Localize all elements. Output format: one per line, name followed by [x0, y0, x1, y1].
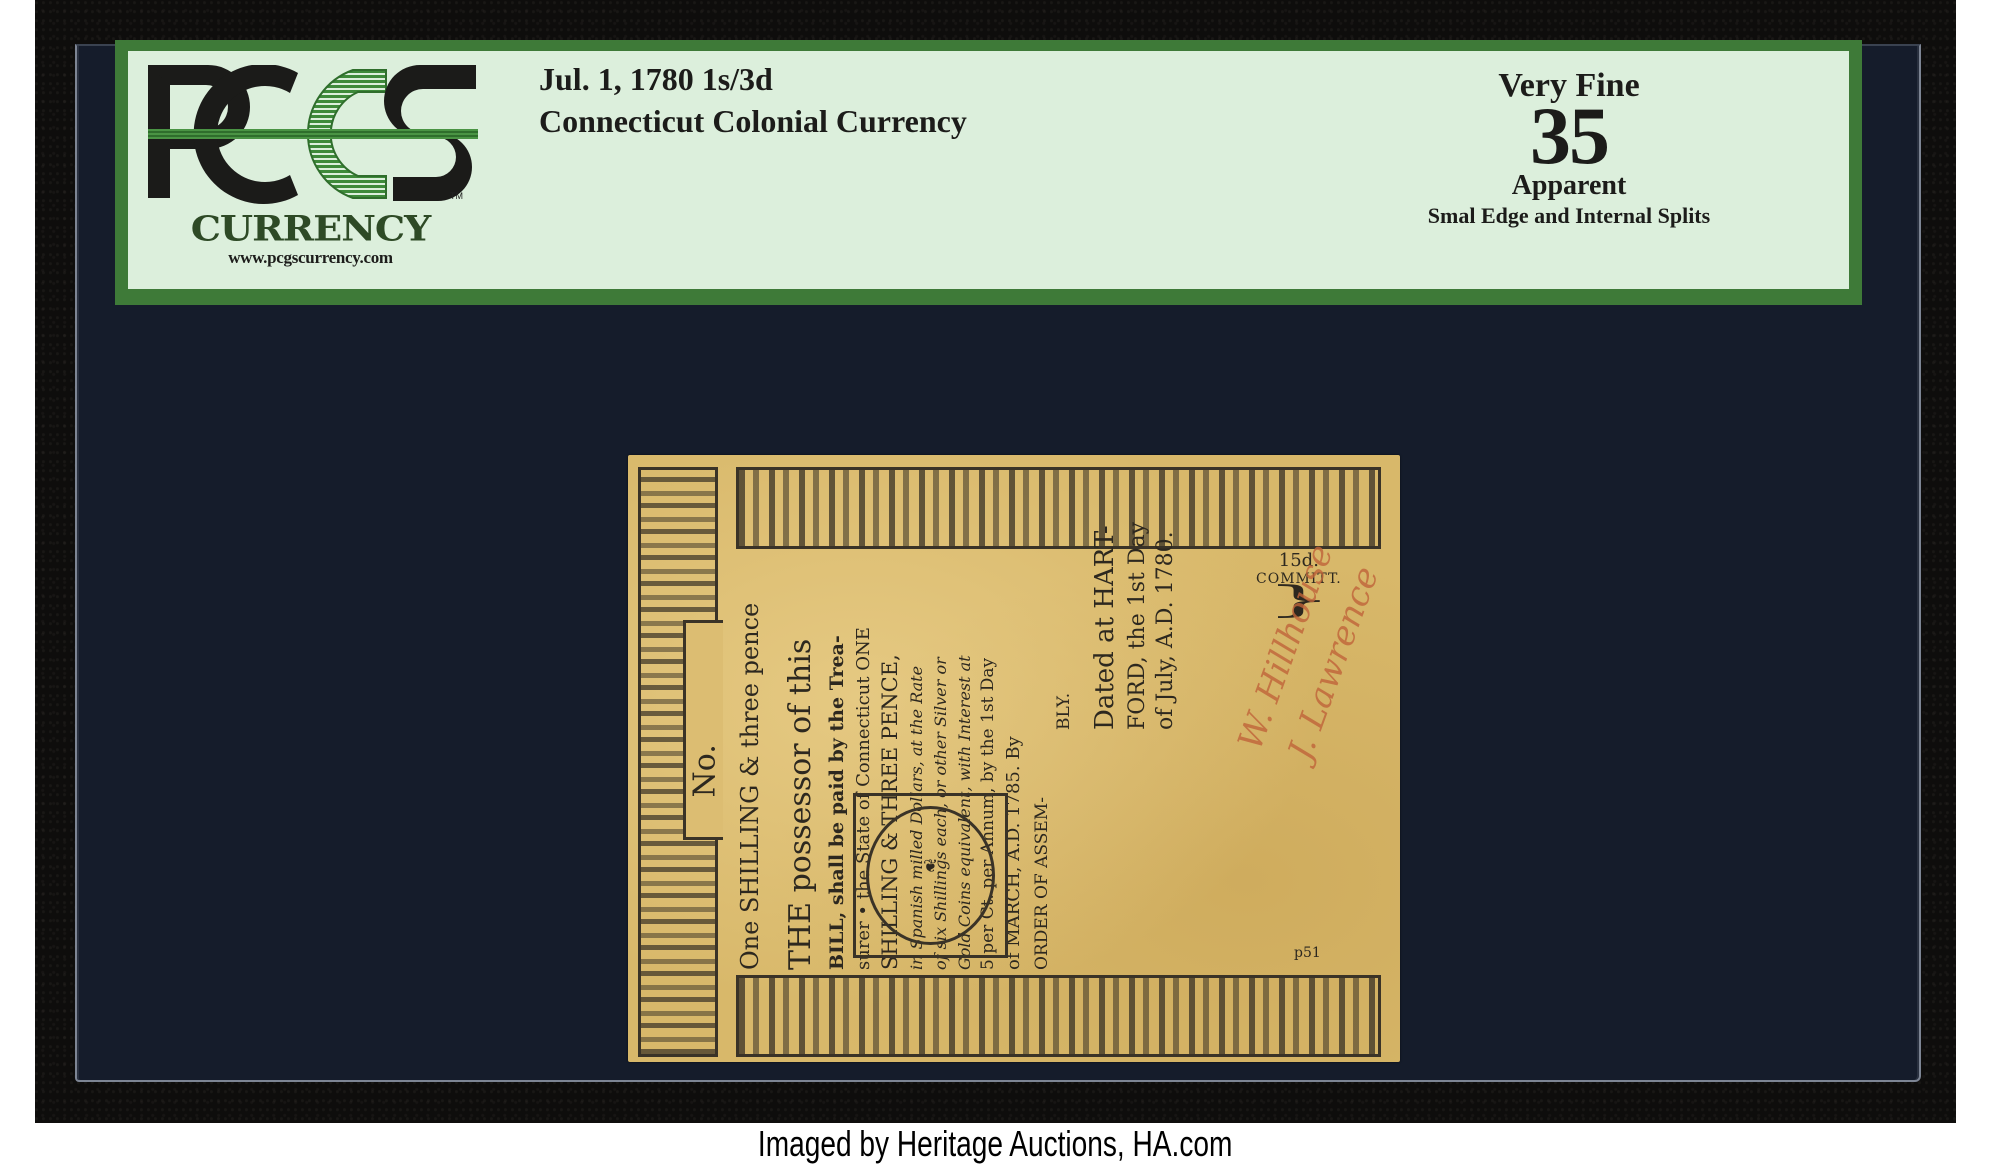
image-credit-caption: Imaged by Heritage Auctions, HA.com — [0, 1123, 1991, 1164]
top-ornament-band — [736, 467, 1381, 549]
note-text-line: Dated at HART- — [1090, 525, 1120, 730]
note-type: Connecticut Colonial Currency — [539, 103, 967, 140]
note-date-denomination: Jul. 1, 1780 1s/3d — [539, 61, 773, 98]
note-text-line: BLY. — [1054, 693, 1074, 730]
note-text-line: BILL, shall be paid by the Trea- — [826, 635, 848, 970]
note-text-line: THE possessor of this — [783, 639, 818, 970]
brand-subtitle: CURRENCY — [148, 208, 473, 249]
brand-url: www.pcgscurrency.com — [148, 248, 473, 268]
bottom-ornament-band — [736, 975, 1381, 1057]
note-text-line: of July, A.D. 1780. — [1153, 531, 1178, 730]
caption-text: Imaged by Heritage Auctions, HA.com — [758, 1123, 1232, 1164]
grade-number: 35 — [1289, 95, 1849, 177]
plate-mark: p51 — [1294, 945, 1321, 961]
grapevine-icon: ❦ — [856, 856, 1005, 877]
colonial-note: No. One SHILLING & three pence THE posse… — [628, 455, 1400, 1062]
grade-qualifier: Apparent — [1289, 170, 1849, 202]
grading-label-inner: TM CURRENCY www.pcgscurrency.com Jul. 1,… — [128, 51, 1849, 289]
connecticut-seal: ❦ — [853, 793, 1008, 958]
grade-comment: Smal Edge and Internal Splits — [1289, 203, 1849, 229]
serial-label: No. — [688, 748, 723, 798]
note-text-line: ORDER OF ASSEM- — [1032, 797, 1052, 970]
note-text-line: FORD, the 1st Day — [1125, 522, 1150, 730]
trademark-mark: TM — [450, 191, 463, 201]
grading-label: TM CURRENCY www.pcgscurrency.com Jul. 1,… — [115, 40, 1862, 305]
note-text-line: One SHILLING & three pence — [736, 603, 764, 970]
serial-box — [683, 620, 723, 840]
